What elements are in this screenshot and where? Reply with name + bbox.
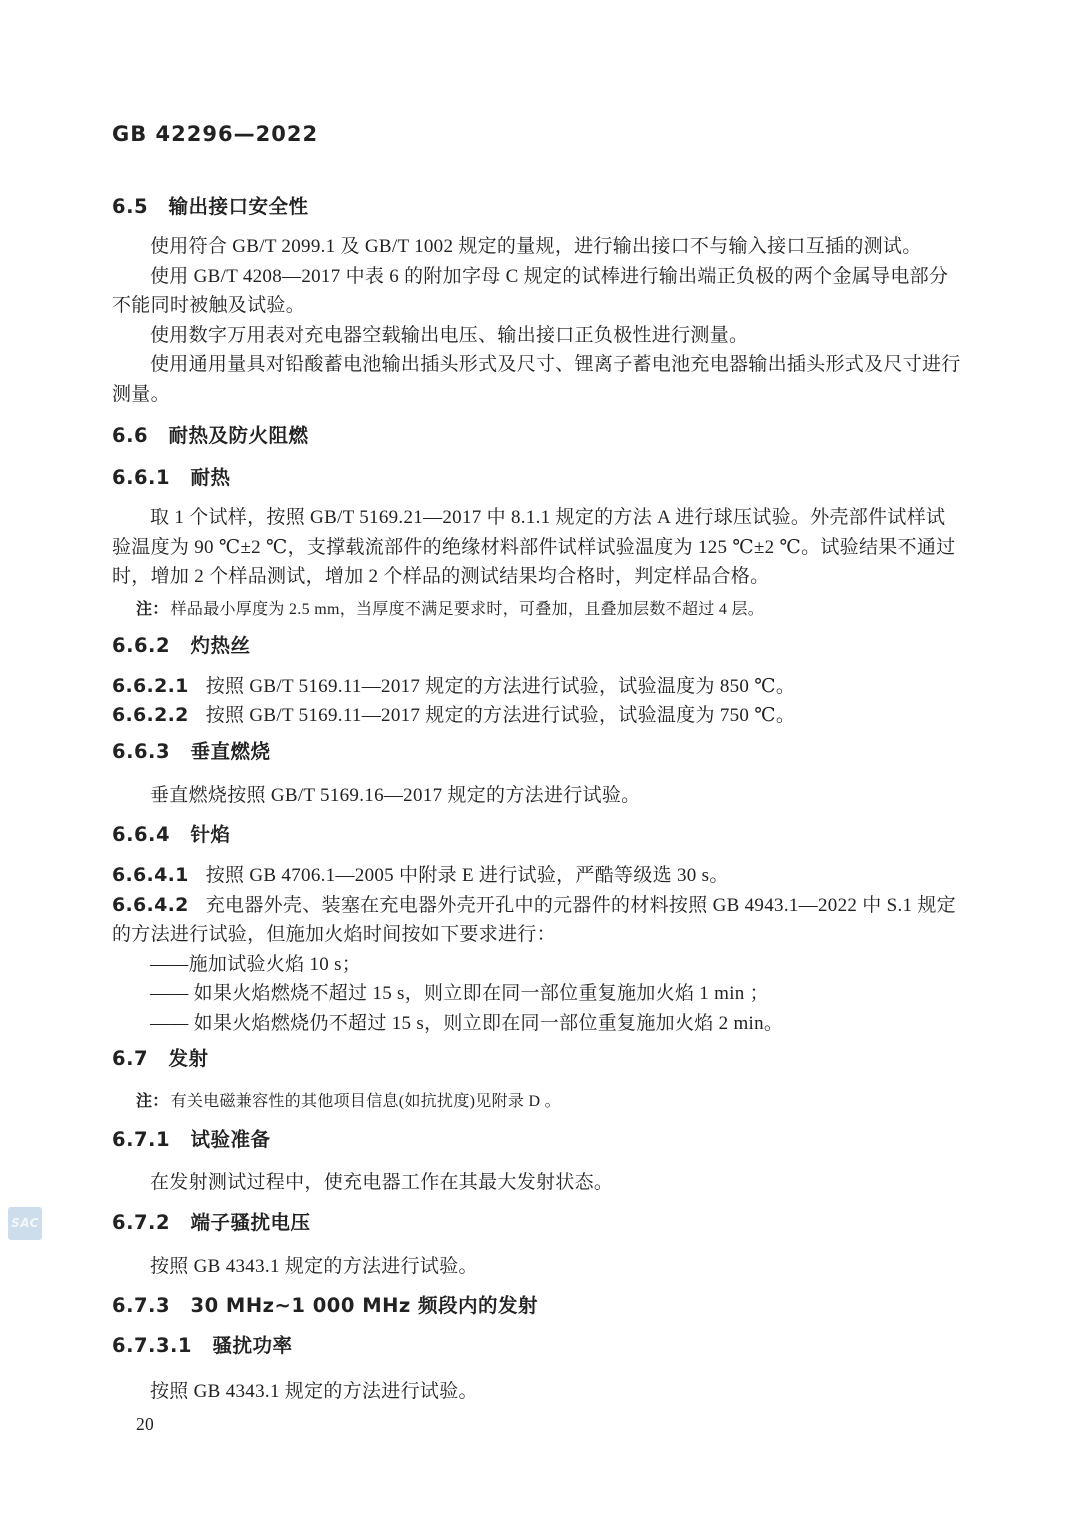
heading-6-6-1: 6.6.1耐热 bbox=[112, 465, 964, 491]
sac-watermark-badge: SAC bbox=[8, 1207, 42, 1240]
clause-number: 6.6.4.2 bbox=[112, 894, 189, 916]
paragraph-6-7-2: 按照 GB 4343.1 规定的方法进行试验。 bbox=[112, 1252, 964, 1282]
heading-6-6-2: 6.6.2灼热丝 bbox=[112, 633, 964, 659]
heading-6-7-2: 6.7.2端子骚扰电压 bbox=[112, 1210, 964, 1236]
paragraph: 使用通用量具对铅酸蓄电池输出插头形式及尺寸、锂离子蓄电池充电器输出插头形式及尺寸… bbox=[112, 350, 964, 409]
heading-6-7-3-1: 6.7.3.1骚扰功率 bbox=[112, 1333, 964, 1359]
heading-6-6-3-title: 垂直燃烧 bbox=[191, 740, 271, 763]
clause-number: 6.6.2.2 bbox=[112, 704, 189, 726]
heading-6-7-3-title: 30 MHz~1 000 MHz 频段内的发射 bbox=[191, 1294, 539, 1317]
paragraph-6-7-3-1: 按照 GB 4343.1 规定的方法进行试验。 bbox=[112, 1377, 964, 1407]
clause-text: 按照 GB 4706.1—2005 中附录 E 进行试验，严酷等级选 30 s。 bbox=[206, 865, 729, 886]
section-6-6-1-body: 取 1 个试样，按照 GB/T 5169.21—2017 中 8.1.1 规定的… bbox=[112, 503, 964, 592]
clause-6-6-4-1: 6.6.4.1按照 GB 4706.1—2005 中附录 E 进行试验，严酷等级… bbox=[112, 861, 964, 891]
paragraph: 使用 GB/T 4208—2017 中表 6 的附加字母 C 规定的试棒进行输出… bbox=[112, 262, 964, 321]
heading-6-6-4: 6.6.4针焰 bbox=[112, 822, 964, 848]
heading-6-7-1-number: 6.7.1 bbox=[112, 1128, 170, 1151]
heading-6-7-title: 发射 bbox=[169, 1047, 209, 1070]
paragraph: 使用符合 GB/T 2099.1 及 GB/T 1002 规定的量规，进行输出接… bbox=[112, 232, 964, 262]
heading-6-6-2-title: 灼热丝 bbox=[191, 634, 251, 657]
heading-6-7-3: 6.7.330 MHz~1 000 MHz 频段内的发射 bbox=[112, 1293, 964, 1319]
heading-6-5: 6.5输出接口安全性 bbox=[112, 194, 964, 220]
heading-6-6-4-title: 针焰 bbox=[191, 823, 231, 846]
heading-6-6-2-number: 6.6.2 bbox=[112, 634, 170, 657]
heading-6-7-3-1-number: 6.7.3.1 bbox=[112, 1334, 192, 1357]
heading-6-7-1-title: 试验准备 bbox=[191, 1128, 271, 1151]
clause-6-6-2-2: 6.6.2.2按照 GB/T 5169.11—2017 规定的方法进行试验，试验… bbox=[112, 701, 964, 731]
dash-item: ——施加试验火焰 10 s； bbox=[112, 950, 964, 980]
standard-code-header: GB 42296—2022 bbox=[112, 122, 964, 146]
clause-number: 6.6.4.1 bbox=[112, 864, 189, 886]
heading-6-6-1-title: 耐热 bbox=[191, 466, 231, 489]
heading-6-7-2-title: 端子骚扰电压 bbox=[191, 1211, 311, 1234]
document-page: SAC GB 42296—2022 6.5输出接口安全性 使用符合 GB/T 2… bbox=[0, 0, 1074, 1520]
section-6-5-body: 使用符合 GB/T 2099.1 及 GB/T 1002 规定的量规，进行输出接… bbox=[112, 232, 964, 409]
paragraph: 取 1 个试样，按照 GB/T 5169.21—2017 中 8.1.1 规定的… bbox=[112, 503, 964, 592]
heading-6-6-4-number: 6.6.4 bbox=[112, 823, 170, 846]
paragraph: 使用数字万用表对充电器空载输出电压、输出接口正负极性进行测量。 bbox=[112, 321, 964, 351]
note-label: 注： bbox=[136, 599, 169, 618]
paragraph-6-7-1: 在发射测试过程中，使充电器工作在其最大发射状态。 bbox=[112, 1168, 964, 1198]
clause-text: 充电器外壳、装塞在充电器外壳开孔中的元器件的材料按照 GB 4943.1—202… bbox=[112, 895, 956, 946]
clause-text: 按照 GB/T 5169.11—2017 规定的方法进行试验，试验温度为 750… bbox=[206, 705, 795, 726]
heading-6-5-number: 6.5 bbox=[112, 195, 148, 218]
heading-6-6-title: 耐热及防火阻燃 bbox=[169, 424, 309, 447]
dash-item: —— 如果火焰燃烧仍不超过 15 s，则立即在同一部位重复施加火焰 2 min。 bbox=[112, 1009, 964, 1039]
heading-6-7-number: 6.7 bbox=[112, 1047, 148, 1070]
heading-6-6-number: 6.6 bbox=[112, 424, 148, 447]
clause-6-6-2-1: 6.6.2.1按照 GB/T 5169.11—2017 规定的方法进行试验，试验… bbox=[112, 672, 964, 702]
heading-6-7-3-1-title: 骚扰功率 bbox=[212, 1334, 292, 1357]
clause-6-6-4-2: 6.6.4.2充电器外壳、装塞在充电器外壳开孔中的元器件的材料按照 GB 494… bbox=[112, 891, 964, 950]
heading-6-6: 6.6耐热及防火阻燃 bbox=[112, 423, 964, 449]
heading-6-6-3-number: 6.6.3 bbox=[112, 740, 170, 763]
note-label: 注： bbox=[136, 1091, 169, 1110]
note-text: 样品最小厚度为 2.5 mm，当厚度不满足要求时，可叠加，且叠加层数不超过 4 … bbox=[171, 601, 765, 618]
page-number: 20 bbox=[112, 1413, 964, 1435]
note-text: 有关电磁兼容性的其他项目信息(如抗扰度)见附录 D 。 bbox=[171, 1093, 561, 1110]
heading-6-7: 6.7发射 bbox=[112, 1046, 964, 1072]
heading-6-7-1: 6.7.1试验准备 bbox=[112, 1127, 964, 1153]
paragraph-6-6-3: 垂直燃烧按照 GB/T 5169.16—2017 规定的方法进行试验。 bbox=[112, 781, 964, 811]
heading-6-6-1-number: 6.6.1 bbox=[112, 466, 170, 489]
heading-6-5-title: 输出接口安全性 bbox=[169, 195, 309, 218]
sac-watermark-label: SAC bbox=[11, 1209, 39, 1239]
clause-number: 6.6.2.1 bbox=[112, 675, 189, 697]
heading-6-7-3-number: 6.7.3 bbox=[112, 1294, 170, 1317]
note-6-6-1: 注：样品最小厚度为 2.5 mm，当厚度不满足要求时，可叠加，且叠加层数不超过 … bbox=[112, 596, 964, 623]
heading-6-7-2-number: 6.7.2 bbox=[112, 1211, 170, 1234]
clause-text: 按照 GB/T 5169.11—2017 规定的方法进行试验，试验温度为 850… bbox=[206, 676, 795, 697]
heading-6-6-3: 6.6.3垂直燃烧 bbox=[112, 739, 964, 765]
note-6-7: 注：有关电磁兼容性的其他项目信息(如抗扰度)见附录 D 。 bbox=[112, 1088, 964, 1115]
dash-item: —— 如果火焰燃烧不超过 15 s，则立即在同一部位重复施加火焰 1 min ； bbox=[112, 979, 964, 1009]
